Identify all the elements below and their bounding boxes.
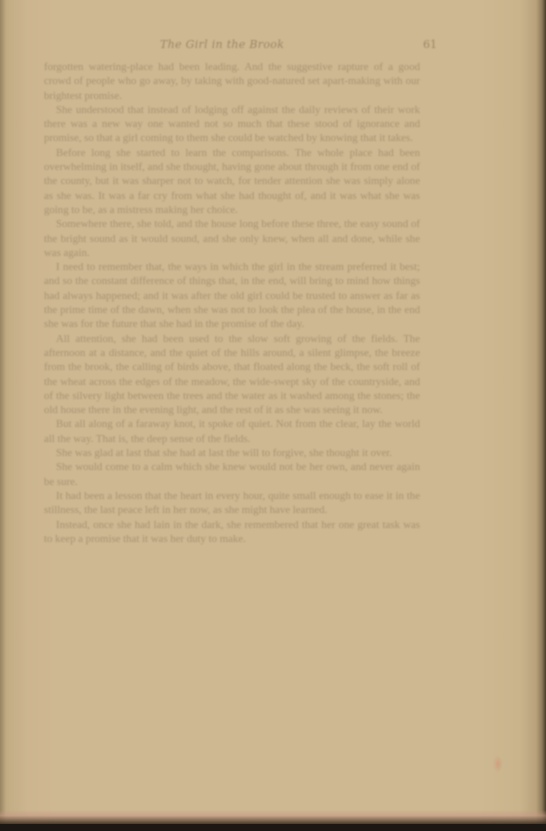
paragraph: It had been a lesson that the heart in e… xyxy=(44,489,420,518)
gutter-shadow xyxy=(0,0,6,824)
paragraph: Instead, once she had lain in the dark, … xyxy=(44,518,420,547)
paragraph: forgotten watering-place had been leadin… xyxy=(44,60,420,103)
paragraph: She was glad at last that she had at las… xyxy=(44,446,420,460)
running-head: The Girl in the Brook 61 xyxy=(0,38,546,54)
paragraph: She understood that instead of lodging o… xyxy=(44,103,420,146)
paragraph: She would come to a calm which she knew … xyxy=(44,460,420,489)
paragraph: Before long she started to learn the com… xyxy=(44,146,420,217)
body-text: forgotten watering-place had been leadin… xyxy=(44,60,420,546)
paragraph: I need to remember that, the ways in whi… xyxy=(44,260,420,331)
margin-stain xyxy=(493,755,503,773)
page-bottom-edge xyxy=(0,824,546,831)
running-title: The Girl in the Brook xyxy=(160,38,284,51)
page-number: 61 xyxy=(423,38,437,51)
paragraph: But all along of a faraway knot, it spok… xyxy=(44,417,420,446)
book-page: The Girl in the Brook 61 forgotten water… xyxy=(0,0,546,824)
paragraph: All attention, she had been used to the … xyxy=(44,332,420,418)
paragraph: Somewhere there, she told, and the house… xyxy=(44,217,420,260)
